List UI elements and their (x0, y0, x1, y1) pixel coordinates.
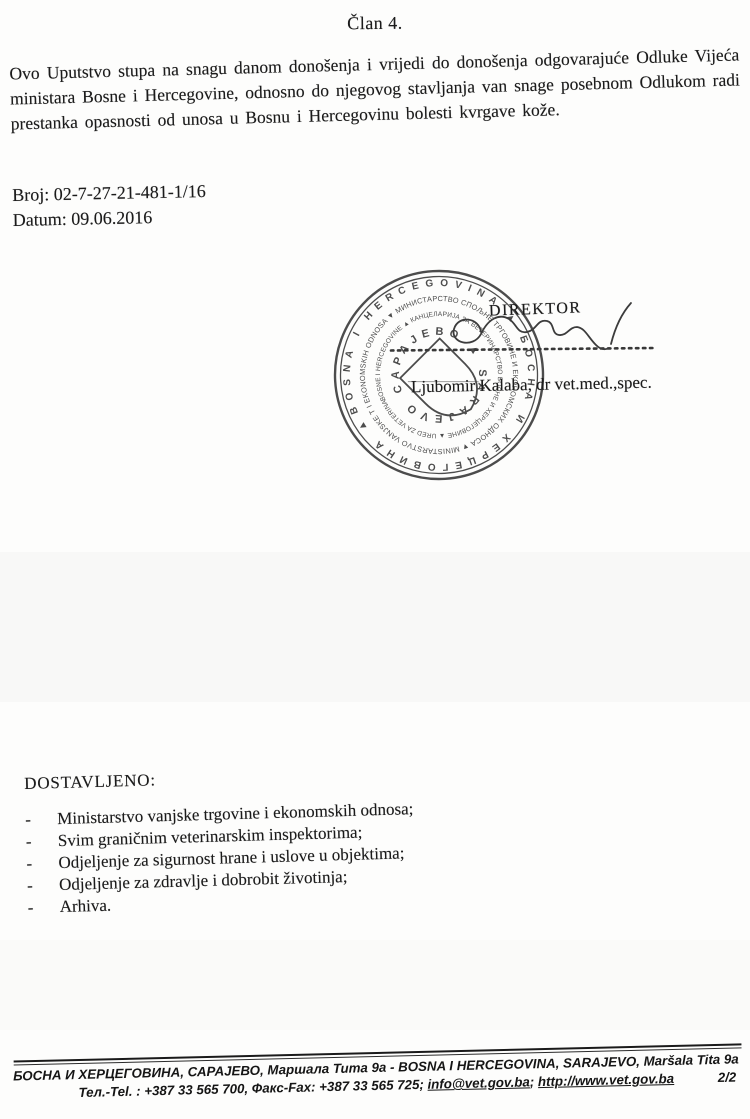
reference-number-line: Broj: 02-7-27-21-481-1/16 (12, 179, 206, 208)
page-footer: БОСНА И ХЕРЦЕГОВИНА, САРАЈЕВО, Маршала Т… (8, 1043, 745, 1101)
list-dash: - (27, 875, 42, 897)
footer-website-link[interactable]: http://www.vet.gov.ba (538, 1071, 675, 1089)
datum-label: Datum: (13, 208, 67, 229)
list-dash: - (27, 897, 42, 919)
article-paragraph: Ovo Uputstvo stupa na snagu danom donoše… (9, 42, 741, 136)
footer-email-link[interactable]: info@vet.gov.ba (427, 1074, 530, 1091)
distribution-heading: DOSTAVLJENO: (24, 758, 584, 794)
document-page: Član 4. Ovo Uputstvo stupa na snagu dano… (0, 0, 750, 1119)
article-title: Član 4. (0, 9, 750, 38)
scan-artifact-band (0, 940, 750, 1030)
distribution-block: DOSTAVLJENO: - Ministarstvo vanjske trgo… (24, 758, 588, 919)
reference-block: Broj: 02-7-27-21-481-1/16 Datum: 09.06.2… (12, 179, 206, 232)
datum-value: 09.06.2016 (71, 207, 152, 229)
signer-name-line: Ljubomir Kalaba, dr vet.med.,spec. (411, 373, 652, 398)
list-dash: - (26, 853, 41, 875)
reference-date-line: Datum: 09.06.2016 (13, 203, 207, 232)
signature (435, 292, 665, 362)
signature-flourish (611, 303, 631, 344)
signature-stroke (454, 317, 609, 350)
list-item-text: Arhiva. (59, 895, 111, 918)
broj-value: 02-7-27-21-481-1/16 (54, 181, 206, 204)
list-dash: - (26, 831, 41, 853)
page-number: 2/2 (718, 1070, 737, 1085)
list-dash: - (25, 809, 40, 831)
scan-artifact-band (0, 552, 750, 702)
broj-label: Broj: (12, 184, 49, 205)
